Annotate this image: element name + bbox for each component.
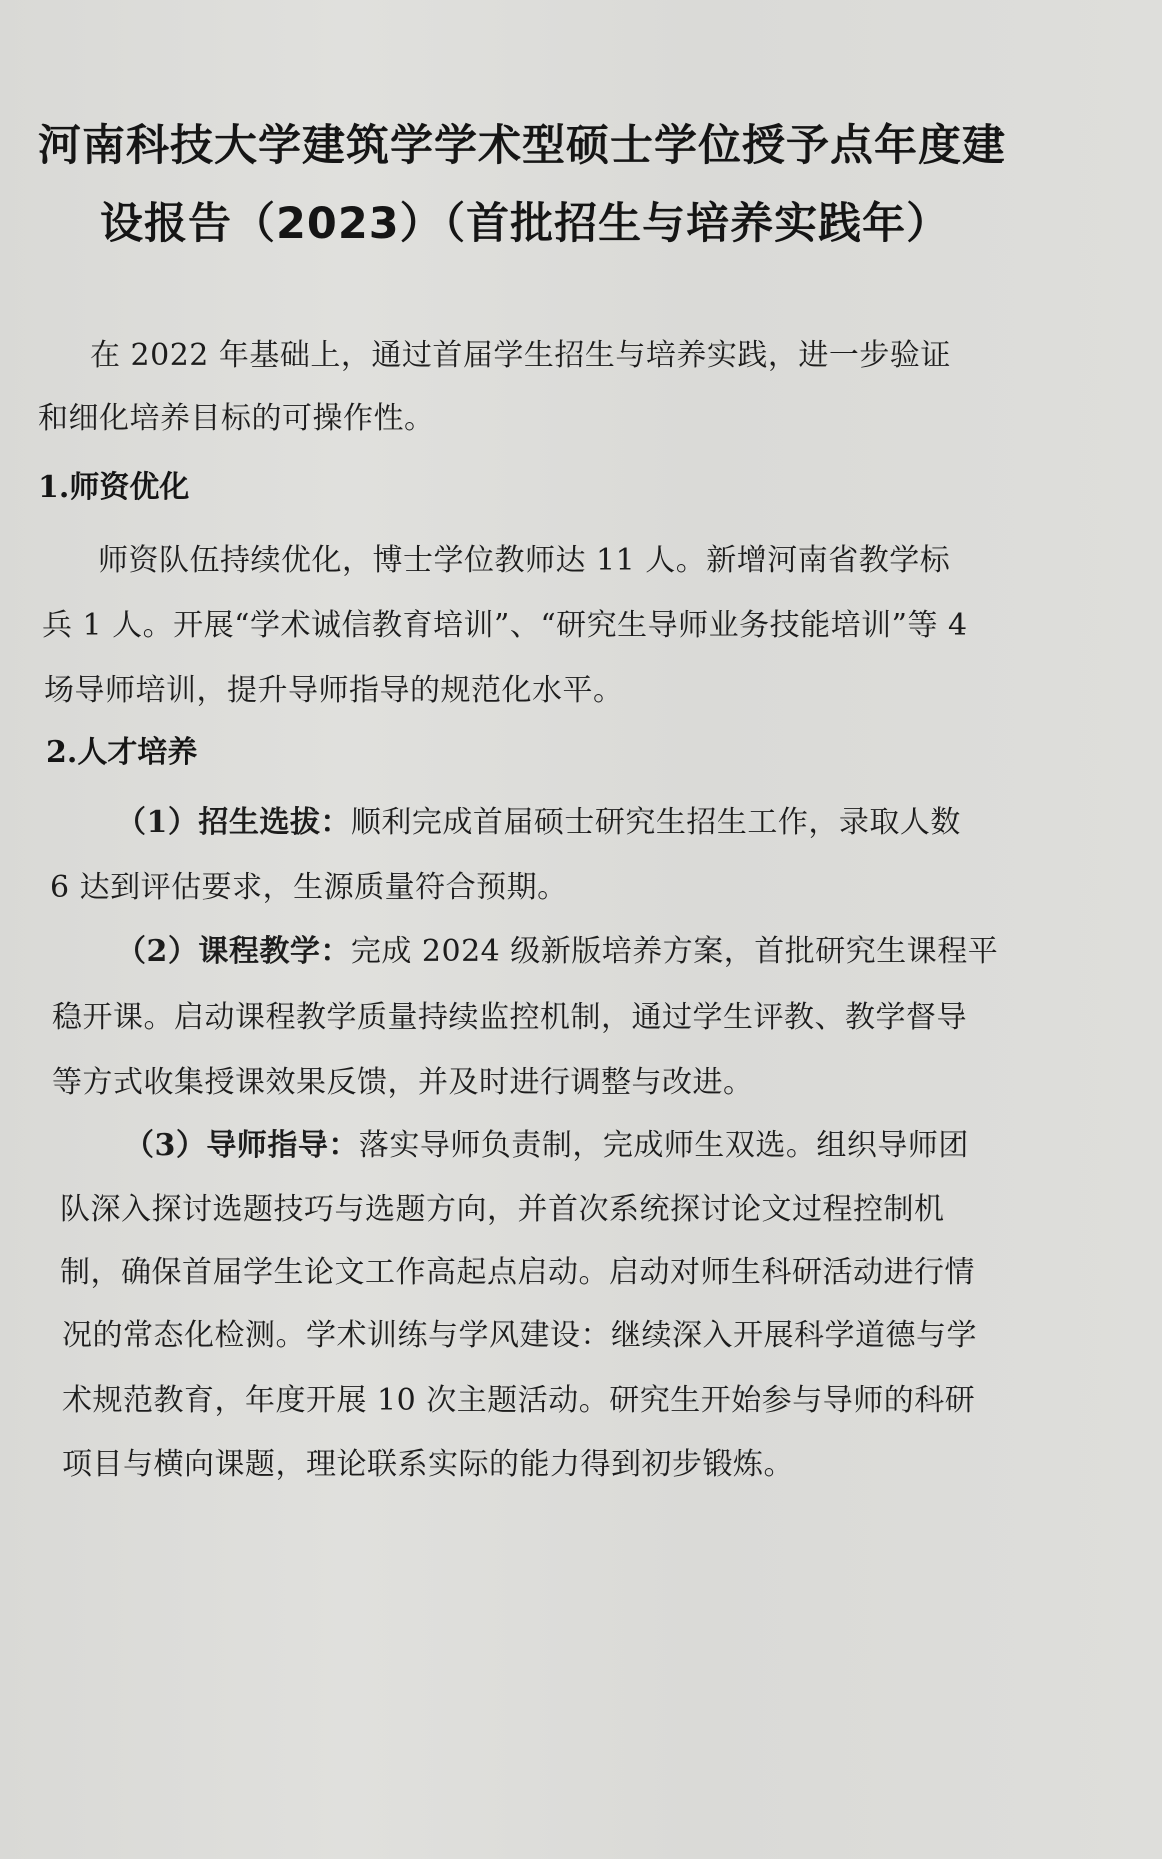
item-2-label: （2）课程教学：: [116, 934, 351, 969]
item-3-line-2: 队深入探讨选题技巧与选题方向，并首次系统探讨论文过程控制机: [60, 1184, 945, 1228]
section-1-line-1: 师资队伍持续优化，博士学位教师达 11 人。新增河南省教学标: [98, 535, 950, 579]
intro-line-1: 在 2022 年基础上，通过首届学生招生与培养实践，进一步验证: [90, 330, 951, 374]
document-title-line-1: 河南科技大学建筑学学术型硕士学位授予点年度建: [38, 112, 1006, 173]
item-2-line-3: 等方式收集授课效果反馈，并及时进行调整与改进。: [52, 1057, 754, 1101]
document-title-line-2: 设报告（2023）（首批招生与培养实践年）: [100, 190, 950, 251]
section-2-heading: 2.人才培养: [46, 727, 197, 771]
item-3-label: （3）导师指导：: [124, 1128, 359, 1163]
section-1-heading: 1.师资优化: [38, 462, 189, 506]
item-3-line-5: 术规范教育，年度开展 10 次主题活动。研究生开始参与导师的科研: [62, 1375, 975, 1419]
item-1-line-1: （1）招生选拔：顺利完成首届硕士研究生招生工作，录取人数: [116, 797, 961, 841]
item-3-line-6: 项目与横向课题，理论联系实际的能力得到初步锻炼。: [62, 1439, 794, 1483]
document-page: 河南科技大学建筑学学术型硕士学位授予点年度建 设报告（2023）（首批招生与培养…: [0, 0, 1162, 1859]
intro-line-2: 和细化培养目标的可操作性。: [38, 393, 435, 437]
item-2-text: 完成 2024 级新版培养方案，首批研究生课程平: [351, 934, 998, 969]
section-1-line-2: 兵 1 人。开展“学术诚信教育培训”、“研究生导师业务技能培训”等 4: [42, 600, 968, 644]
item-3-line-3: 制，确保首届学生论文工作高起点启动。启动对师生科研活动进行情: [60, 1247, 975, 1291]
section-1-line-3: 场导师培训，提升导师指导的规范化水平。: [44, 665, 624, 709]
item-3-line-4: 况的常态化检测。学术训练与学风建设：继续深入开展科学道德与学: [62, 1310, 977, 1354]
item-1-line-2: 6 达到评估要求，生源质量符合预期。: [50, 862, 568, 906]
item-2-line-1: （2）课程教学：完成 2024 级新版培养方案，首批研究生课程平: [116, 926, 998, 970]
item-2-line-2: 稳开课。启动课程教学质量持续监控机制，通过学生评教、教学督导: [52, 992, 967, 1036]
item-3-line-1: （3）导师指导：落实导师负责制，完成师生双选。组织导师团: [124, 1120, 969, 1164]
item-3-text: 落实导师负责制，完成师生双选。组织导师团: [359, 1128, 969, 1163]
item-1-label: （1）招生选拔：: [116, 805, 351, 840]
item-1-text: 顺利完成首届硕士研究生招生工作，录取人数: [351, 805, 961, 840]
